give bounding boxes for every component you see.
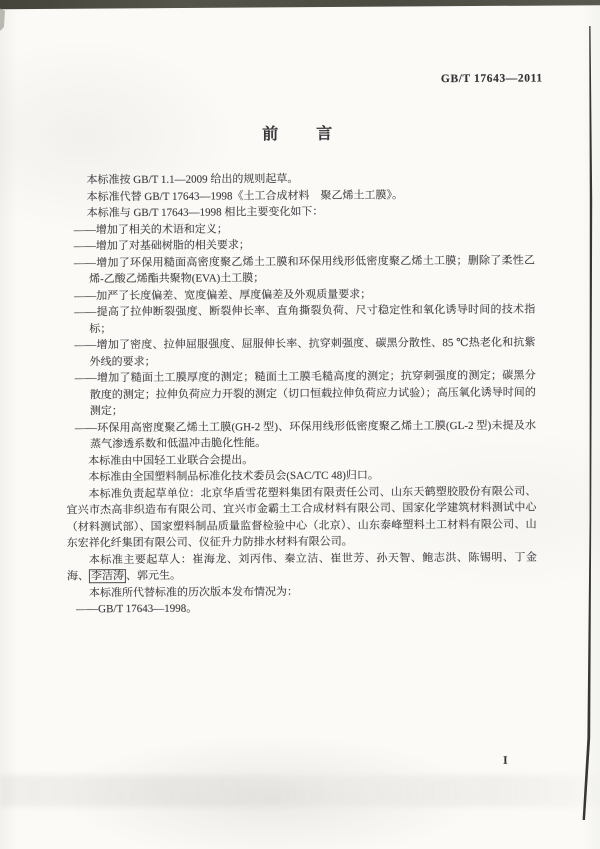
foreword-change-item: ——GB/T 17643—1998。 bbox=[67, 599, 537, 618]
foreword-change-item: ——增加了糙面土工膜厚度的测定；糙面土工膜毛糙高度的测定；抗穿刺强度的测定；碳黑… bbox=[66, 368, 536, 420]
foreword-change-item: ——增加了密度、拉伸屈服强度、屈服伸长率、抗穿刺强度、碳黑分散性、85 ℃热老化… bbox=[65, 335, 535, 371]
deceased-drafter-boxed-name: 李洁涛 bbox=[89, 569, 126, 583]
foreword-change-item: ——增加了环保用糙面高密度聚乙烯土工膜和环保用线形低密度聚乙烯土工膜；删除了柔性… bbox=[65, 252, 535, 288]
drafters-text: 、郭元生。 bbox=[126, 570, 181, 582]
foreword-change-item: ——环保用高密度聚乙烯土工膜(GH-2 型)、环保用线形低密度聚乙烯土工膜(GL… bbox=[66, 417, 536, 453]
foreword-paragraph: 本标准负责起草单位：北京华盾雪花塑料集团有限责任公司、山东天鹤塑胶股份有限公司、… bbox=[66, 483, 536, 552]
page-number: I bbox=[503, 755, 508, 767]
page-content: GB/T 17643—2011 前 言 本标准按 GB/T 1.1—2009 给… bbox=[0, 0, 600, 849]
foreword-body: 本标准按 GB/T 1.1—2009 给出的规则起草。本标准代替 GB/T 17… bbox=[64, 170, 537, 618]
foreword-drafters-paragraph: 本标准主要起草人：崔海龙、刘丙伟、秦立洁、崔世芳、孙天智、鲍志洪、陈锡明、丁金海… bbox=[67, 549, 537, 585]
standard-code: GB/T 17643—2011 bbox=[441, 73, 543, 86]
foreword-change-item: ——提高了拉伸断裂强度、断裂伸长率、直角撕裂负荷、尺寸稳定性和氧化诱导时间的技术… bbox=[65, 302, 535, 338]
scanned-document-page: GB/T 17643—2011 前 言 本标准按 GB/T 1.1—2009 给… bbox=[0, 0, 600, 849]
foreword-title: 前 言 bbox=[0, 119, 598, 146]
